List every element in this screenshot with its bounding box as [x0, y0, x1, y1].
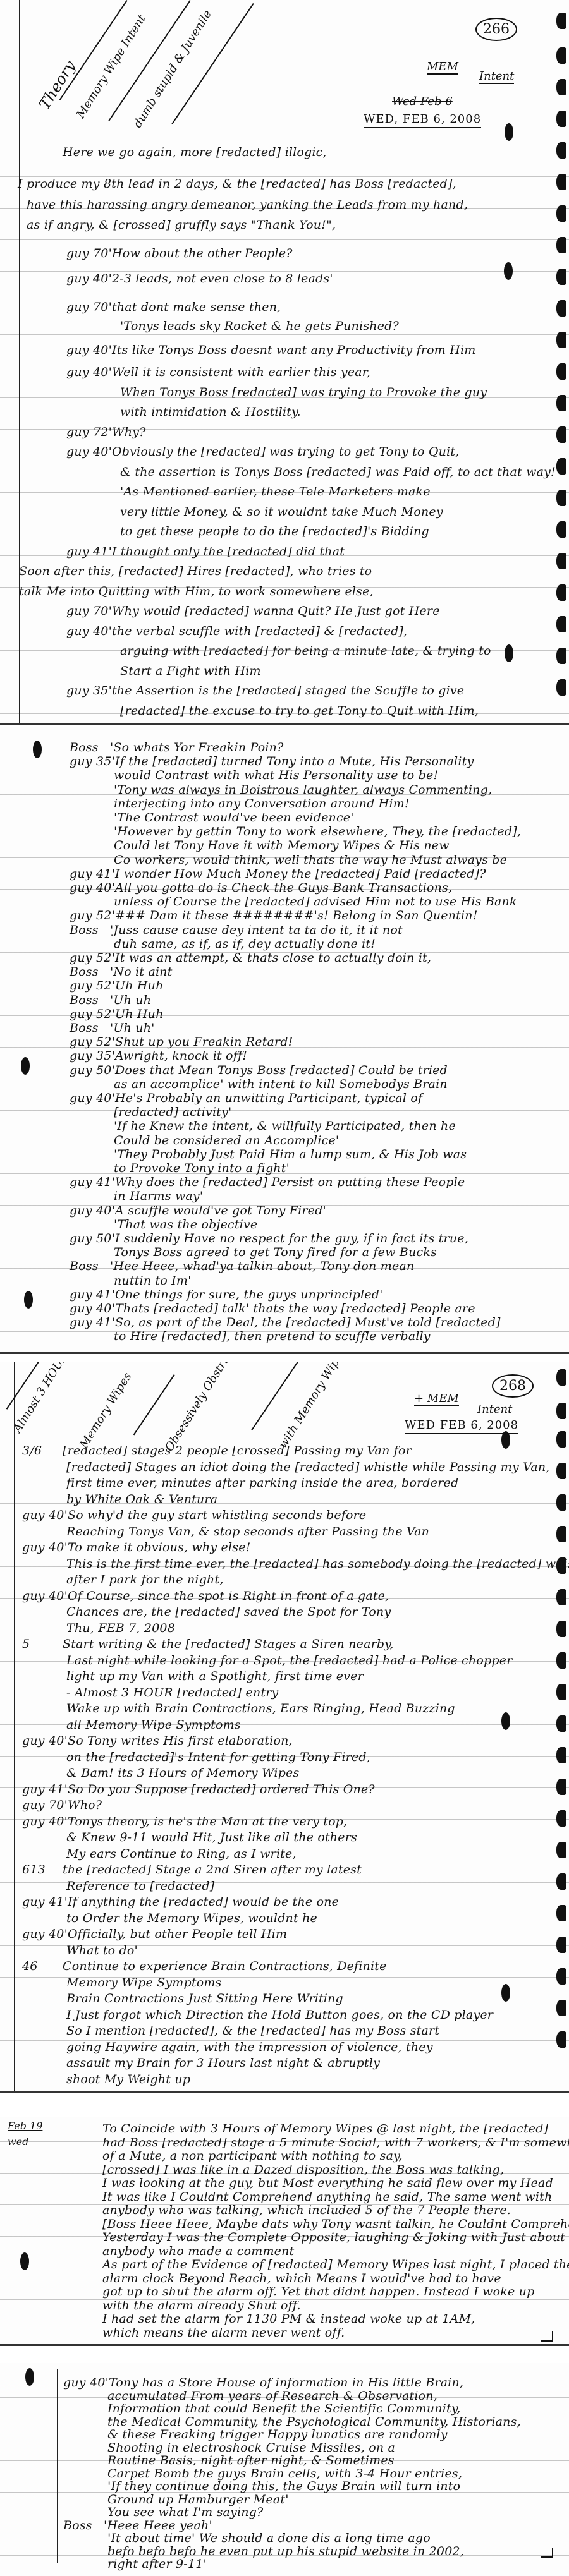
entry-line: anybody who made a comment: [102, 2244, 294, 2258]
line-text: 'Obviously the [redacted] was trying to …: [109, 445, 460, 459]
line-text: got up to shut the alarm off. Yet that d…: [102, 2285, 534, 2299]
line-text: 'He's Probably an unwitting Participant,…: [112, 1091, 423, 1105]
speaker-label: guy 40: [70, 881, 112, 895]
speaker-label: guy 40: [63, 2376, 106, 2390]
line-text: 'Tony has a Store House of information i…: [106, 2376, 464, 2390]
line-text: & the assertion is Tonys Boss [redacted]…: [120, 465, 556, 479]
line-text: 'A scuffle would've got Tony Fired': [112, 1204, 326, 1218]
speaker-label: 46: [22, 1959, 63, 1973]
speaker-label: guy 35: [70, 1049, 112, 1063]
entry-line: I produce my 8th lead in 2 days, & the […: [18, 177, 456, 191]
entry-line: guy 40'Its like Tonys Boss doesnt want a…: [66, 343, 476, 357]
entry-line: talk Me into Quitting with Him, to work …: [19, 584, 374, 598]
entry-line: Thu, FEB 7, 2008: [66, 1621, 175, 1635]
speaker-label: 5: [22, 1637, 63, 1651]
line-text: with the alarm already Shut off.: [102, 2299, 301, 2313]
dialogue-line: guy 40'Thats [redacted] talk' thats the …: [70, 1302, 475, 1315]
line-text: 'I thought only the [redacted] did that: [109, 545, 345, 559]
entry-line: to Order the Memory Wipes, wouldnt he: [66, 1911, 317, 1925]
line-text: nuttin to Im': [114, 1274, 192, 1288]
line-text: 'Shut up you Freakin Retard!: [112, 1035, 293, 1049]
diagonal-note: Almost 3 HOUR Entry: [11, 1362, 90, 1435]
dialogue-line: guy 52'Shut up you Freakin Retard!: [70, 1035, 293, 1049]
line-text: 'Uh uh': [110, 1021, 155, 1035]
dialogue-line: guy 40'Well it is consistent with earlie…: [66, 365, 370, 379]
notebook-page-266: Theory Memory Wipe Intent dumb stupid & …: [0, 0, 569, 725]
speaker-label: guy 40: [66, 365, 109, 379]
entry-line: the Medical Community, the Psychological…: [107, 2415, 521, 2429]
line-text: I had set the alarm for 1130 PM & instea…: [102, 2312, 475, 2326]
entry-line: befo befo befo he even put up his stupid…: [107, 2544, 464, 2558]
line-text: 'However by gettin Tony to work elsewher…: [114, 825, 521, 838]
line-text: 'If the [redacted] turned Tony into a Mu…: [112, 754, 474, 768]
speaker-label: guy 70: [66, 604, 109, 618]
speaker-label: guy 41: [66, 545, 109, 559]
header-mem: MEM: [427, 60, 458, 75]
line-text: 'If they continue doing this, the Guys B…: [107, 2479, 460, 2493]
line-text: by White Oak & Ventura: [66, 1492, 217, 1506]
notebook-page-267: Boss'So whats Yor Freakin Poin?guy 35'If…: [0, 727, 569, 1354]
entry-line: after I park for the night,: [66, 1573, 224, 1587]
line-text: - Almost 3 HOUR [redacted] entry: [66, 1686, 278, 1700]
entry-line: [Boss Heee Heee, Maybe dats why Tony was…: [102, 2217, 569, 2231]
entry-line: in Harms way': [114, 1189, 203, 1203]
dialogue-line: Boss'Uh uh: [70, 993, 151, 1007]
dialogue-line: guy 41'If anything the [redacted] would …: [22, 1895, 339, 1909]
line-text: Tonys Boss agreed to get Tony fired for …: [114, 1245, 437, 1259]
speaker-label: guy 52: [70, 1035, 112, 1049]
dialogue-line: guy 41'I wonder How Much Money the [reda…: [70, 867, 486, 881]
line-text: 'Uh uh: [110, 993, 151, 1007]
line-text: to Provoke Tony into a fight': [114, 1161, 290, 1175]
line-text: Yesterday I was the Complete Opposite, l…: [102, 2230, 565, 2244]
line-text: 'It about time' We should a done dis a l…: [107, 2531, 431, 2545]
line-text: unless of Course the [redacted] advised …: [114, 895, 517, 909]
entry-line: My ears Continue to Ring, as I write,: [66, 1847, 297, 1861]
entry-line: right after 9-11': [107, 2557, 207, 2571]
line-text: I was looking at the guy, but Most every…: [102, 2176, 553, 2190]
line-text: 'Awright, knock it off!: [112, 1049, 248, 1063]
line-text: Could be considered an Accomplice': [114, 1134, 339, 1147]
line-text: 'Of Course, since the spot is Right in f…: [64, 1589, 389, 1603]
punch-hole: [25, 2368, 34, 2386]
diagonal-note: Theory: [35, 57, 79, 112]
line-text: Start writing & the [redacted] Stages a …: [63, 1637, 394, 1651]
speaker-label: guy 40: [66, 624, 109, 638]
line-text: 'Officially, but other People tell Him: [64, 1927, 288, 1941]
line-text: So I mention [redacted], & the [redacted…: [66, 2024, 439, 2038]
line-text: all Memory Wipe Symptoms: [66, 1718, 241, 1732]
entry-line: Last night while looking for a Spot, the…: [66, 1654, 513, 1667]
line-text: 'the verbal scuffle with [redacted] & [r…: [109, 624, 408, 638]
dialogue-line: guy 41'One things for sure, the guys unp…: [70, 1288, 383, 1302]
line-text: in Harms way': [114, 1189, 203, 1203]
line-text: which means the alarm never went off.: [102, 2326, 345, 2340]
spiral-binding: [555, 0, 569, 723]
speaker-label: Boss: [70, 965, 110, 979]
line-text: 'So why'd the guy start whistling second…: [64, 1508, 367, 1522]
line-text: 'So Do you Suppose [redacted] ordered Th…: [64, 1782, 375, 1796]
entry-line: to Hire [redacted], then pretend to scuf…: [114, 1329, 431, 1343]
speaker-label: guy 35: [70, 754, 112, 768]
speaker-label: Boss: [70, 1259, 110, 1273]
line-text: & Knew 9-11 would Hit, Just like all the…: [66, 1830, 357, 1844]
margin-line: [57, 2369, 58, 2563]
line-text: 'Well it is consistent with earlier this…: [109, 365, 371, 379]
entry-line: Chances are, the [redacted] saved the Sp…: [66, 1605, 391, 1619]
line-text: This is the first time ever, the [redact…: [66, 1557, 569, 1571]
line-text: Carpet Bomb the guys Brain cells, with 3…: [107, 2467, 462, 2481]
entry-line: Routine Basis, night after night, & Some…: [107, 2453, 395, 2467]
speaker-label: guy 52: [70, 951, 112, 965]
dialogue-line: guy 70'Why would [redacted] wanna Quit? …: [66, 604, 440, 618]
entry-line: Wake up with Brain Contractions, Ears Ri…: [66, 1702, 455, 1715]
entry-line: duh same, as if, as if, dey actually don…: [114, 937, 376, 951]
line-text: to get these people to do the [redacted]…: [120, 524, 429, 538]
entry-line: 'As Mentioned earlier, these Tele Market…: [120, 485, 431, 499]
punch-hole: [20, 2252, 29, 2270]
dialogue-line: guy 40'So why'd the guy start whistling …: [22, 1508, 366, 1522]
line-text: '### Dam it these ########'s! Belong in …: [112, 909, 478, 922]
speaker-label: guy 40: [22, 1734, 64, 1748]
entry-line: I had set the alarm for 1130 PM & instea…: [102, 2312, 475, 2326]
line-text: Continue to experience Brain Contraction…: [63, 1959, 387, 1973]
entry-line: You see what I'm saying?: [107, 2505, 263, 2519]
entry-line: guy 70'that dont make sense then,: [66, 300, 281, 314]
line-text: alarm clock Beyond Reach, which Means I …: [102, 2271, 501, 2285]
speaker-label: guy 41: [70, 1175, 112, 1189]
entry-line: 'If they continue doing this, the Guys B…: [107, 2479, 460, 2493]
entry-line: This is the first time ever, the [redact…: [66, 1557, 569, 1571]
line-text: 'If anything the [redacted] would be the…: [64, 1895, 340, 1909]
line-text: right after 9-11': [107, 2557, 207, 2571]
line-text: Co workers, would think, well thats the …: [114, 853, 507, 867]
notebook-page-268: Almost 3 HOUR Entry Memory Wipes Obsessi…: [0, 1362, 569, 2093]
entry-line: Could be considered an Accomplice': [114, 1134, 339, 1147]
entry-line: unless of Course the [redacted] advised …: [114, 895, 517, 909]
entry-line: very little Money, & so it wouldnt take …: [120, 505, 443, 519]
entry-line: going Haywire again, with the impression…: [66, 2040, 433, 2054]
line-text: of a Mute, a non participant with nothin…: [102, 2149, 403, 2163]
line-text: As part of the Evidence of [redacted] Me…: [102, 2258, 569, 2271]
line-text: Since Banking on the recent Hostilities …: [120, 723, 425, 725]
line-text: 'Why?: [109, 425, 146, 439]
line-text: 'The Contrast would've been evidence': [114, 811, 354, 825]
punch-hole: [33, 741, 42, 758]
speaker-label: guy 40: [22, 1540, 64, 1554]
line-text: 'So, as part of the Deal, the [redacted]…: [112, 1315, 501, 1329]
line-text: 'All you gotta do is Check the Guys Bank…: [112, 881, 453, 895]
entry-line: So I mention [redacted], & the [redacted…: [66, 2024, 439, 2038]
line-text: [redacted] activity': [114, 1105, 231, 1119]
speaker-label: guy 40: [22, 1927, 64, 1941]
entry-line: Carpet Bomb the guys Brain cells, with 3…: [107, 2467, 462, 2481]
header-intent: Intent: [477, 1403, 512, 1416]
dialogue-line: guy 52'It was an attempt, & thats close …: [70, 951, 431, 965]
diagonal-note: Memory Wipes: [77, 1370, 134, 1451]
line-text: I Just forgot which Direction the Hold B…: [66, 2008, 493, 2022]
line-text: 'As Mentioned earlier, these Tele Market…: [120, 485, 431, 499]
dialogue-line: guy 40'Obviously the [redacted] was tryi…: [66, 445, 459, 459]
dialogue-line: guy 35'Awright, knock it off!: [70, 1049, 247, 1063]
dialogue-line: Boss'Juss cause cause dey intent ta ta d…: [70, 923, 403, 937]
line-text: 'They Probably Just Paid Him a lump sum,…: [114, 1147, 467, 1161]
dialogue-line: guy 52'Uh Huh: [70, 979, 164, 993]
punch-hole: [505, 644, 513, 662]
dialogue-line: guy 52'### Dam it these ########'s! Belo…: [70, 909, 478, 922]
line-text: 'Tonys theory, is he's the Man at the ve…: [64, 1815, 348, 1829]
dialogue-line: guy 40'Tony has a Store House of informa…: [63, 2376, 463, 2390]
line-text: & these Freaking trigger Happy lunatics …: [107, 2428, 448, 2441]
dialogue-line: Boss'Heee Heee yeah': [63, 2519, 212, 2532]
line-text: What to do': [66, 1944, 138, 1957]
margin-line: [52, 727, 52, 1352]
line-text: 'It was an attempt, & thats close to act…: [112, 951, 432, 965]
dialogue-line: guy 40'He's Probably an unwitting Partic…: [70, 1091, 422, 1105]
line-text: duh same, as if, as if, dey actually don…: [114, 937, 376, 951]
line-text: 'So whats Yor Freakin Poin?: [110, 741, 283, 754]
entry-line: alarm clock Beyond Reach, which Means I …: [102, 2271, 501, 2285]
line-text: 'I suddenly Have no respect for the guy,…: [112, 1231, 468, 1245]
line-text: My ears Continue to Ring, as I write,: [66, 1847, 297, 1861]
entry-line: Information that could Benefit the Scien…: [107, 2402, 461, 2416]
line-text: 'Does that Mean Tonys Boss [redacted] Co…: [112, 1063, 448, 1077]
entry-line: I Just forgot which Direction the Hold B…: [66, 2008, 493, 2022]
entry-line: had Boss [redacted] stage a 5 minute Soc…: [102, 2136, 569, 2150]
entry-line: 'They Probably Just Paid Him a lump sum,…: [114, 1147, 467, 1161]
entry-line: assault my Brain for 3 Hours last night …: [66, 2056, 380, 2070]
entry-date: WED, FEB 6, 2008: [364, 112, 481, 128]
dialogue-line: guy 41'So, as part of the Deal, the [red…: [70, 1315, 501, 1329]
entry-line: To Coincide with 3 Hours of Memory Wipes…: [102, 2122, 548, 2136]
header-intent: Intent: [479, 70, 514, 84]
dialogue-line: Boss'Hee Heee, whad'ya talkin about, Ton…: [70, 1259, 414, 1273]
line-text: 'Heee Heee yeah': [104, 2519, 212, 2532]
entry-line: Reaching Tonys Van, & stop seconds after…: [66, 1525, 429, 1539]
dialogue-line: guy 41'So Do you Suppose [redacted] orde…: [22, 1782, 375, 1796]
line-text: as an accomplice' with intent to kill So…: [114, 1077, 448, 1091]
speaker-label: guy 40: [70, 1091, 112, 1105]
entry-line: & Knew 9-11 would Hit, Just like all the…: [66, 1830, 357, 1844]
line-text: & Bam! its 3 Hours of Memory Wipes: [66, 1766, 299, 1780]
entry-line: would Contrast with what His Personality…: [114, 768, 438, 782]
line-text: 'No it aint: [110, 965, 173, 979]
line-text: Reference to [redacted]: [66, 1879, 214, 1893]
line-text: 'I wonder How Much Money the [redacted] …: [112, 867, 486, 881]
dialogue-line: guy 40'Tonys theory, is he's the Man at …: [22, 1815, 347, 1829]
speaker-label: 613: [22, 1863, 63, 1877]
line-text: Brain Contractions Just Sitting Here Wri…: [66, 1992, 343, 2005]
dialogue-line: guy 70'Who?: [22, 1798, 102, 1812]
margin-day-note: wed: [8, 2136, 28, 2148]
entry-line: 'Tony was always in Boistrous laughter, …: [114, 783, 492, 797]
entry-line: Co workers, would think, well thats the …: [114, 853, 507, 867]
speaker-label: guy 52: [70, 1007, 112, 1021]
entry-date: WED FEB 6, 2008: [405, 1418, 518, 1434]
entry-line: 'The Contrast would've been evidence': [114, 811, 354, 825]
speaker-label: Boss: [70, 1021, 110, 1035]
speaker-label: 3/6: [22, 1444, 63, 1458]
line-text: Memory Wipe Symptoms: [66, 1976, 222, 1990]
line-text: 'Uh Huh: [112, 1007, 164, 1021]
line-text: 'If he Knew the intent, & willfully Part…: [114, 1119, 456, 1133]
entry-line: guy 40'2-3 leads, not even close to 8 le…: [66, 272, 333, 286]
speaker-label: guy 41: [70, 1315, 112, 1329]
dialogue-line: Boss'Uh uh': [70, 1021, 155, 1035]
line-text: 'One things for sure, the guys unprincip…: [112, 1288, 383, 1302]
punch-hole: [21, 1057, 30, 1075]
line-text: to Hire [redacted], then pretend to scuf…: [114, 1329, 431, 1343]
line-text: Shooting in electroshock Cruise Missiles…: [107, 2441, 395, 2455]
entry-line: 'Tonys leads sky Rocket & he gets Punish…: [120, 319, 399, 333]
entry-line: I was looking at the guy, but Most every…: [102, 2176, 553, 2190]
entry-line: Yesterday I was the Complete Opposite, l…: [102, 2230, 565, 2244]
line-text: 'Tony was always in Boistrous laughter, …: [114, 783, 492, 797]
entry-line: [redacted] Stages an idiot doing the [re…: [66, 1460, 550, 1474]
dialogue-line: guy 40'All you gotta do is Check the Guy…: [70, 881, 452, 895]
entry-line: What to do': [66, 1944, 138, 1957]
entry-line: which means the alarm never went off.: [102, 2326, 345, 2340]
line-text: shoot My Weight up: [66, 2072, 190, 2086]
speaker-label: guy 52: [70, 979, 112, 993]
line-text: 'Uh Huh: [112, 979, 164, 993]
line-text: on the [redacted]'s Intent for getting T…: [66, 1750, 370, 1764]
line-text: Thu, FEB 7, 2008: [66, 1621, 175, 1635]
line-text: Routine Basis, night after night, & Some…: [107, 2453, 395, 2467]
dialogue-line: guy 40'Of Course, since the spot is Righ…: [22, 1589, 389, 1603]
line-text: 'So Tony writes His first elaboration,: [64, 1734, 293, 1748]
dialogue-line: Boss'So whats Yor Freakin Poin?: [70, 741, 283, 754]
line-text: Soon after this, [redacted] Hires [redac…: [19, 564, 372, 578]
line-text: You see what I'm saying?: [107, 2505, 263, 2519]
entry-line: [redacted] activity': [114, 1105, 231, 1119]
line-text: accumulated From years of Research & Obs…: [107, 2389, 437, 2403]
dialogue-line: guy 41'I thought only the [redacted] did…: [66, 545, 345, 559]
line-text: [redacted] the excuse to try to get Tony…: [120, 704, 479, 718]
speaker-label: guy 41: [22, 1895, 64, 1909]
line-text: first time ever, minutes after parking i…: [66, 1476, 458, 1490]
dialogue-line: guy 35'the Assertion is the [redacted] s…: [66, 684, 464, 698]
speaker-label: guy 40: [70, 1204, 112, 1218]
line-text: would Contrast with what His Personality…: [114, 768, 438, 782]
speaker-label: guy 41: [70, 1288, 112, 1302]
notebook-page-continued: guy 40'Tony has a Store House of informa…: [0, 2363, 569, 2576]
entry-line: anybody who was talking, which included …: [102, 2203, 511, 2217]
punch-hole: [501, 1984, 510, 2002]
line-text: Information that could Benefit the Scien…: [107, 2402, 461, 2416]
line-text: 'Thats [redacted] talk' thats the way [r…: [112, 1302, 475, 1315]
entry-line: as an accomplice' with intent to kill So…: [114, 1077, 448, 1091]
page-number: 266: [475, 18, 517, 41]
dialogue-line: guy 40'the verbal scuffle with [redacted…: [66, 624, 407, 638]
line-text: 'the Assertion is the [redacted] staged …: [109, 684, 465, 698]
entry-line: of a Mute, a non participant with nothin…: [102, 2149, 403, 2163]
line-text: 'Why does the [redacted] Persist on putt…: [112, 1175, 465, 1189]
dialogue-line: 3/6[redacted] stages 2 people [crossed] …: [22, 1444, 412, 1458]
line-text: very little Money, & so it wouldnt take …: [120, 505, 443, 519]
line-text: had Boss [redacted] stage a 5 minute Soc…: [102, 2136, 569, 2150]
line-text: the Medical Community, the Psychological…: [107, 2415, 521, 2429]
corner-mark: [541, 2548, 553, 2558]
entry-line: Brain Contractions Just Sitting Here Wri…: [66, 1992, 343, 2005]
line-text: befo befo befo he even put up his stupid…: [107, 2544, 464, 2558]
line-text: Could let Tony Have it with Memory Wipes…: [114, 838, 450, 852]
entry-line: Since Banking on the recent Hostilities …: [120, 723, 425, 725]
entry-line: guy 70'How about the other People?: [66, 246, 293, 260]
entry-line: accumulated From years of Research & Obs…: [107, 2389, 437, 2403]
dialogue-line: Boss'No it aint: [70, 965, 173, 979]
line-text: anybody who was talking, which included …: [102, 2203, 511, 2217]
line-text: talk Me into Quitting with Him, to work …: [19, 584, 374, 598]
entry-line: & the assertion is Tonys Boss [redacted]…: [120, 465, 556, 479]
speaker-label: guy 40: [22, 1589, 64, 1603]
line-text: with intimidation & Hostility.: [120, 405, 301, 419]
entry-line: - Almost 3 HOUR [redacted] entry: [66, 1686, 278, 1700]
speaker-label: guy 41: [22, 1782, 64, 1796]
diagonal-note: Memory Wipe Intent: [74, 13, 149, 121]
speaker-label: guy 52: [70, 909, 112, 922]
margin-date-note: Feb 19: [8, 2120, 42, 2132]
line-text: 'Juss cause cause dey intent ta ta do it…: [110, 923, 403, 937]
entry-line: arguing with [redacted] for being a minu…: [120, 644, 491, 658]
margin-line: [52, 2117, 52, 2344]
line-text: [crossed] I was like in a Dazed disposit…: [102, 2163, 504, 2177]
line-text: after I park for the night,: [66, 1573, 224, 1587]
entry-line: with intimidation & Hostility.: [120, 405, 301, 419]
line-text: the [redacted] Stage a 2nd Siren after m…: [63, 1863, 362, 1877]
entry-line: [redacted] the excuse to try to get Tony…: [120, 704, 479, 718]
entry-line: Start a Fight with Him: [120, 664, 261, 678]
entry-line: 'However by gettin Tony to work elsewher…: [114, 825, 521, 838]
header-crossed-date: Wed Feb 6: [392, 95, 453, 108]
line-text: 'Hee Heee, whad'ya talkin about, Tony do…: [110, 1259, 414, 1273]
entry-line: It was like I Couldnt Comprehend anythin…: [102, 2190, 552, 2204]
notebook-page-feb19: Feb 19 wed To Coincide with 3 Hours of M…: [0, 2117, 569, 2346]
line-text: [redacted] Stages an idiot doing the [re…: [66, 1460, 550, 1474]
punch-hole: [501, 1712, 510, 1730]
entry-line: Memory Wipe Symptoms: [66, 1976, 222, 1990]
header-mem: + MEM: [414, 1392, 459, 1406]
entry-line: Soon after this, [redacted] Hires [redac…: [19, 564, 372, 578]
line-text: Chances are, the [redacted] saved the Sp…: [66, 1605, 391, 1619]
line-text: Reaching Tonys Van, & stop seconds after…: [66, 1525, 429, 1539]
line-text: 'To make it obvious, why else!: [64, 1540, 251, 1554]
dialogue-line: guy 40'To make it obvious, why else!: [22, 1540, 251, 1554]
entry-line: Here we go again, more [redacted] illogi…: [22, 145, 327, 159]
margin-line: [19, 0, 20, 723]
line-text: assault my Brain for 3 Hours last night …: [66, 2056, 380, 2070]
entry-line: Shooting in electroshock Cruise Missiles…: [107, 2441, 395, 2455]
entry-line: to Provoke Tony into a fight': [114, 1161, 290, 1175]
dialogue-line: guy 40'So Tony writes His first elaborat…: [22, 1734, 293, 1748]
line-text: To Coincide with 3 Hours of Memory Wipes…: [102, 2122, 548, 2136]
speaker-label: guy 41: [70, 867, 112, 881]
speaker-label: guy 50: [70, 1231, 112, 1245]
entry-line: & these Freaking trigger Happy lunatics …: [107, 2428, 448, 2441]
line-text: to Order the Memory Wipes, wouldnt he: [66, 1911, 317, 1925]
dialogue-line: 46Continue to experience Brain Contracti…: [22, 1959, 387, 1973]
speaker-label: guy 40: [22, 1508, 64, 1522]
line-text: [Boss Heee Heee, Maybe dats why Tony was…: [102, 2217, 569, 2231]
entry-line: interjecting into any Conversation aroun…: [114, 797, 410, 811]
speaker-label: Boss: [70, 741, 110, 754]
entry-line: all Memory Wipe Symptoms: [66, 1718, 241, 1732]
punch-hole: [24, 1291, 33, 1309]
speaker-label: guy 40: [70, 1302, 112, 1315]
margin-line: [14, 1362, 15, 2091]
speaker-label: guy 50: [70, 1063, 112, 1077]
dialogue-line: guy 72'Why?: [66, 425, 145, 439]
